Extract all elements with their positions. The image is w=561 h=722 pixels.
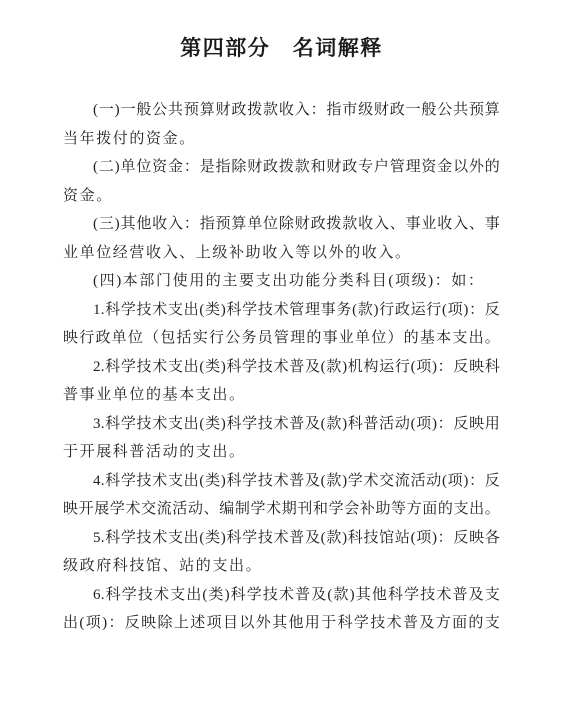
paragraph-3-line-2: 业单位经营收入、上级补助收入等以外的收入。	[63, 239, 500, 268]
paragraph-9-line-1: 5.科学技术支出(类)科学技术普及(款)科技馆站(项)：反映各	[63, 524, 500, 553]
paragraph-6-line-1: 2.科学技术支出(类)科学技术普及(款)机构运行(项)：反映科	[63, 353, 500, 382]
document-page: 第四部分 名词解释 (一)一般公共预算财政拨款收入：指市级财政一般公共预算当年拨…	[0, 0, 561, 722]
paragraph-7-line-2: 于开展科普活动的支出。	[63, 438, 500, 467]
document-body: (一)一般公共预算财政拨款收入：指市级财政一般公共预算当年拨付的资金。(二)单位…	[63, 96, 500, 638]
paragraph-1-line-2: 当年拨付的资金。	[63, 125, 500, 154]
paragraph-7-line-1: 3.科学技术支出(类)科学技术普及(款)科普活动(项)：反映用	[63, 410, 500, 439]
paragraph-5-line-1: 1.科学技术支出(类)科学技术管理事务(款)行政运行(项)：反	[63, 296, 500, 325]
paragraph-10-line-1: 6.科学技术支出(类)科学技术普及(款)其他科学技术普及支	[63, 581, 500, 610]
paragraph-9-line-2: 级政府科技馆、站的支出。	[63, 552, 500, 581]
paragraph-4-line-1: (四)本部门使用的主要支出功能分类科目(项级)：如：	[63, 267, 500, 296]
paragraph-6-line-2: 普事业单位的基本支出。	[63, 381, 500, 410]
paragraph-8-line-1: 4.科学技术支出(类)科学技术普及(款)学术交流活动(项)：反	[63, 467, 500, 496]
paragraph-2-line-1: (二)单位资金：是指除财政拨款和财政专户管理资金以外的	[63, 153, 500, 182]
paragraph-1-line-1: (一)一般公共预算财政拨款收入：指市级财政一般公共预算	[63, 96, 500, 125]
paragraph-10-line-2: 出(项)：反映除上述项目以外其他用于科学技术普及方面的支	[63, 609, 500, 638]
paragraph-5-line-2: 映行政单位（包括实行公务员管理的事业单位）的基本支出。	[63, 324, 500, 353]
paragraph-8-line-2: 映开展学术交流活动、编制学术期刊和学会补助等方面的支出。	[63, 495, 500, 524]
paragraph-3-line-1: (三)其他收入：指预算单位除财政拨款收入、事业收入、事	[63, 210, 500, 239]
page-title: 第四部分 名词解释	[63, 37, 500, 61]
paragraph-2-line-2: 资金。	[63, 182, 500, 211]
